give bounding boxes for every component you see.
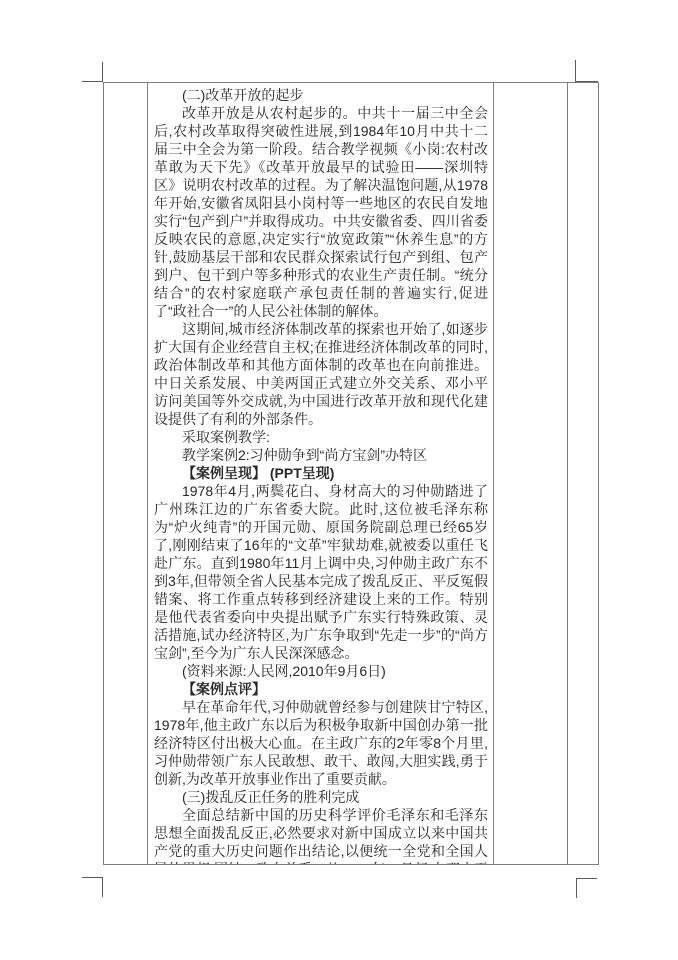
crop-mark-bottom-right-horizontal bbox=[576, 878, 597, 879]
paragraph-2: 改革开放是从农村起步的。中共十一届三中全会后,农村改革取得突破性进展,到1984… bbox=[154, 104, 488, 320]
paragraph-4: 采取案例教学: bbox=[154, 428, 488, 446]
lesson-plan-table: (二)改革开放的起步改革开放是从农村起步的。中共十一届三中全会后,农村改革取得突… bbox=[103, 82, 599, 865]
page: { "page": { "background_color": "#ffffff… bbox=[0, 0, 678, 960]
crop-mark-bottom-left-horizontal bbox=[82, 877, 103, 878]
crop-mark-bottom-right-vertical bbox=[576, 878, 577, 898]
paragraph-6: 【案例呈现】 (PPT呈现) bbox=[154, 464, 488, 482]
table-cell-right-2 bbox=[568, 83, 598, 864]
table-cell-right-1 bbox=[494, 83, 568, 864]
table-cell-content: (二)改革开放的起步改革开放是从农村起步的。中共十一届三中全会后,农村改革取得突… bbox=[148, 83, 494, 864]
crop-mark-top-left-horizontal bbox=[82, 81, 103, 82]
paragraph-12: 全面总结新中国的历史科学评价毛泽东和毛泽东思想全面拨乱反正,必然要求对新中国成立… bbox=[154, 806, 488, 864]
paragraph-8: (资料来源:人民网,2010年9月6日) bbox=[154, 662, 488, 680]
paragraph-10: 早在革命年代,习仲勋就曾经参与创建陕甘宁特区,1978年,他主政广东以后为积极争… bbox=[154, 698, 488, 788]
lesson-content: (二)改革开放的起步改革开放是从农村起步的。中共十一届三中全会后,农村改革取得突… bbox=[148, 83, 493, 864]
paragraph-11: (三)拨乱反正任务的胜利完成 bbox=[154, 788, 488, 806]
paragraph-1: (二)改革开放的起步 bbox=[154, 86, 488, 104]
table-cell-left-margin bbox=[104, 83, 148, 864]
paragraph-7: 1978年4月,两鬓花白、身材高大的习仲勋踏进了广州珠江边的广东省委大院。此时,… bbox=[154, 482, 488, 662]
crop-mark-top-right-vertical bbox=[575, 60, 576, 82]
paragraph-3: 这期间,城市经济体制改革的探索也开始了,如逐步扩大国有企业经营自主权;在推进经济… bbox=[154, 320, 488, 428]
paragraph-5: 教学案例2:习仲勋争到“尚方宝剑”办特区 bbox=[154, 446, 488, 464]
crop-mark-top-left-vertical bbox=[102, 62, 103, 82]
paragraph-9: 【案例点评】 bbox=[154, 680, 488, 698]
crop-mark-bottom-left-vertical bbox=[102, 877, 103, 897]
